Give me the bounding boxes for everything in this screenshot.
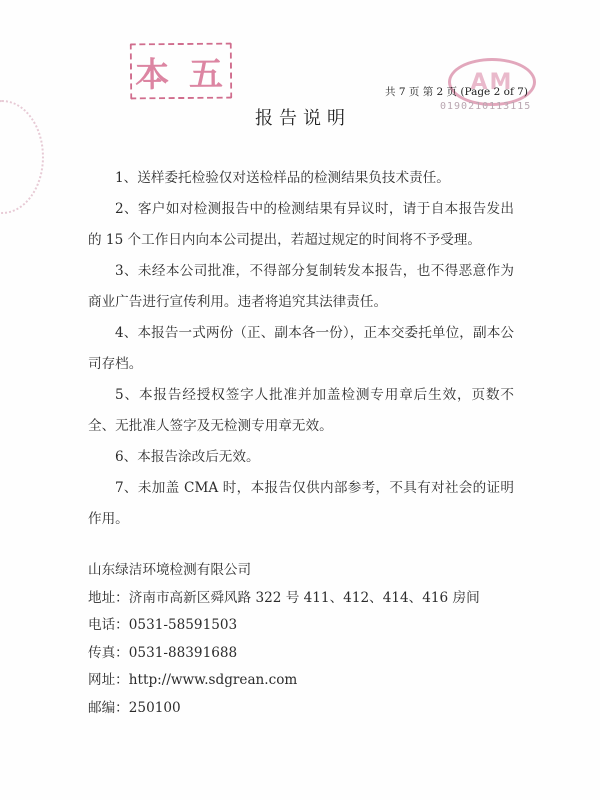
document-page: 本 五 AM 0190210113115 共 7 页 第 2 页 (Page 2… — [0, 0, 600, 800]
report-notes-list: 1、送样委托检验仅对送检样品的检测结果负技术责任。 2、客户如对检测报告中的检测… — [88, 163, 514, 535]
page-indicator: 共 7 页 第 2 页 (Page 2 of 7) — [385, 84, 528, 99]
note-item-1: 1、送样委托检验仅对送检样品的检测结果负技术责任。 — [88, 163, 514, 194]
note-item-7: 7、未加盖 CMA 时，本报告仅供内部参考，不具有对社会的证明作用。 — [88, 473, 514, 535]
company-name: 山东绿洁环境检测有限公司 — [88, 557, 480, 585]
note-item-2: 2、客户如对检测报告中的检测结果有异议时，请于自本报告发出的 15 个工作日内向… — [88, 194, 514, 256]
company-website: 网址：http://www.sdgrean.com — [88, 667, 480, 695]
company-postcode: 邮编：250100 — [88, 695, 480, 723]
document-title: 报告说明 — [0, 104, 600, 130]
company-fax: 传真：0531-88391688 — [88, 640, 480, 668]
note-item-4: 4、本报告一式两份（正、副本各一份），正本交委托单位，副本公司存档。 — [88, 318, 514, 380]
rectangular-seal-stamp: 本 五 — [130, 43, 232, 100]
company-phone: 电话：0531-58591503 — [88, 612, 480, 640]
company-info: 山东绿洁环境检测有限公司 地址：济南市高新区舜风路 322 号 411、412、… — [88, 557, 480, 722]
company-address: 地址：济南市高新区舜风路 322 号 411、412、414、416 房间 — [88, 585, 480, 613]
note-item-3: 3、未经本公司批准，不得部分复制转发本报告，也不得恶意作为商业广告进行宣传利用。… — [88, 256, 514, 318]
note-item-5: 5、本报告经授权签字人批准并加盖检测专用章后生效，页数不全、无批准人签字及无检测… — [88, 380, 514, 442]
seal-text: 本 五 — [135, 46, 227, 96]
note-item-6: 6、本报告涂改后无效。 — [88, 442, 514, 473]
